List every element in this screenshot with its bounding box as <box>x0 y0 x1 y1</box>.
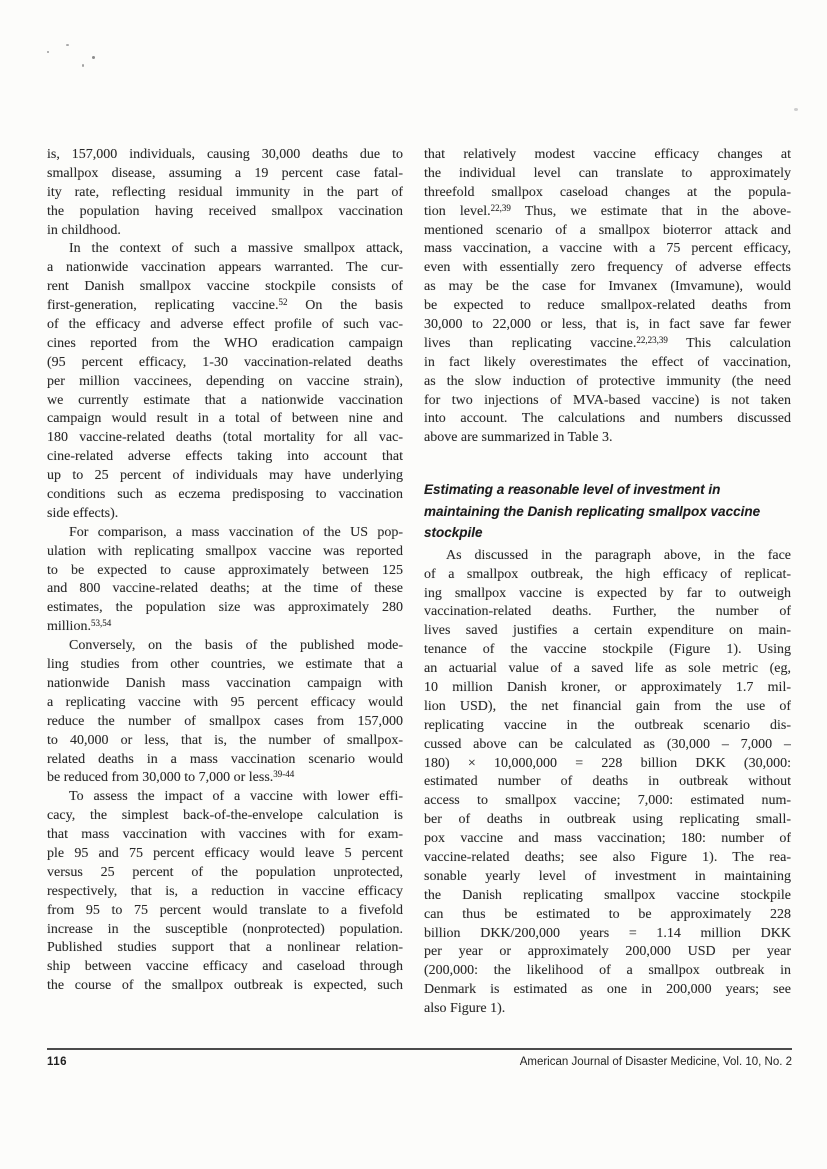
reference-superscript: 39-44 <box>273 769 294 779</box>
text-line: side effects). <box>47 505 403 524</box>
text-line: lives than replicating vaccine.22,23,39 … <box>424 335 791 354</box>
text-line: smallpox disease, assuming a 19 percent … <box>47 165 403 184</box>
text-line: an actuarial value of a saved life as so… <box>424 660 791 679</box>
text-line: from 95 to 75 percent would translate to… <box>47 902 403 921</box>
heading-line: stockpile <box>424 522 791 544</box>
text-line: threefold smallpox caseload changes at t… <box>424 184 791 203</box>
text-line: and 800 vaccine-related deaths; at the t… <box>47 580 403 599</box>
text-line: cines reported from the WHO eradication … <box>47 335 403 354</box>
text-line: estimates, the population size was appro… <box>47 599 403 618</box>
text-line: for two injections of MVA-based vaccine)… <box>424 392 791 411</box>
text-line: into account. The calculations and numbe… <box>424 410 791 429</box>
text-line: Published studies support that a nonline… <box>47 939 403 958</box>
section-heading: Estimating a reasonable level of investm… <box>424 479 791 544</box>
text-line: mentioned scenario of a smallpox bioterr… <box>424 222 791 241</box>
reference-superscript: 53,54 <box>91 618 111 628</box>
text-line: lives saved justifies a certain expendit… <box>424 622 791 641</box>
text-line: conditions such as eczema predisposing t… <box>47 486 403 505</box>
text-line: cacy, the simplest back-of-the-envelope … <box>47 807 403 826</box>
scan-speck <box>66 44 69 46</box>
paragraph: is, 157,000 individuals, causing 30,000 … <box>47 146 403 240</box>
text-line: 180) × 10,000,000 = 228 billion DKK (30,… <box>424 755 791 774</box>
text-line: can thus be estimated to be approximatel… <box>424 906 791 925</box>
text-line: 30,000 to 22,000 or less, that is, in fa… <box>424 316 791 335</box>
page-number: 116 <box>47 1056 67 1068</box>
text-line: replicating vaccine in the outbreak scen… <box>424 717 791 736</box>
paragraph: In the context of such a massive smallpo… <box>47 240 403 523</box>
text-line: 10 million Danish kroner, or approximate… <box>424 679 791 698</box>
scan-speck <box>794 108 798 111</box>
text-line: as may be the case for Imvanex (Imvamune… <box>424 278 791 297</box>
text-line: (200,000: the likelihood of a smallpox o… <box>424 962 791 981</box>
text-line: as the slow induction of protective immu… <box>424 373 791 392</box>
column-left: is, 157,000 individuals, causing 30,000 … <box>47 146 403 996</box>
text-line: to be expected to cause approximately be… <box>47 562 403 581</box>
text-line: billion DKK/200,000 years = 1.14 million… <box>424 925 791 944</box>
text-line: increase in the susceptible (nonprotecte… <box>47 921 403 940</box>
text-line: rent Danish smallpox vaccine stockpile c… <box>47 278 403 297</box>
text-line: 180 vaccine-related deaths (total mortal… <box>47 429 403 448</box>
page-footer: 116 American Journal of Disaster Medicin… <box>47 1048 792 1068</box>
text-line: million.53,54 <box>47 618 403 637</box>
text-line: As discussed in the paragraph above, in … <box>424 547 791 566</box>
text-line: that relatively modest vaccine efficacy … <box>424 146 791 165</box>
reference-superscript: 22,39 <box>491 203 511 213</box>
paragraph: For comparison, a mass vaccination of th… <box>47 524 403 637</box>
text-line: in fact likely overestimates the effect … <box>424 354 791 373</box>
text-line: the population having received smallpox … <box>47 203 403 222</box>
text-line: cussed above can be calculated as (30,00… <box>424 736 791 755</box>
text-line: the Danish replicating smallpox vaccine … <box>424 887 791 906</box>
text-line: ulation with replicating smallpox vaccin… <box>47 543 403 562</box>
text-line: vaccination-related deaths. Further, the… <box>424 603 791 622</box>
scan-speck <box>92 56 95 59</box>
text-line: estimated number of deaths in outbreak w… <box>424 773 791 792</box>
reference-superscript: 22,23,39 <box>636 335 668 345</box>
text-line: campaign would result in a total of betw… <box>47 410 403 429</box>
text-line: per million vaccinees, depending on vacc… <box>47 373 403 392</box>
text-line: ling studies from other countries, we es… <box>47 656 403 675</box>
text-line: ity rate, reflecting residual immunity i… <box>47 184 403 203</box>
text-line: (95 percent efficacy, 1-30 vaccination-r… <box>47 354 403 373</box>
text-line: even with essentially zero frequency of … <box>424 259 791 278</box>
heading-line: Estimating a reasonable level of investm… <box>424 479 791 501</box>
scan-speck <box>82 64 84 67</box>
text-line: of a smallpox outbreak, the high efficac… <box>424 566 791 585</box>
text-line: ber of deaths in outbreak using replicat… <box>424 811 791 830</box>
text-line: up to 25 percent of individuals may have… <box>47 467 403 486</box>
text-line: Conversely, on the basis of the publishe… <box>47 637 403 656</box>
text-line: is, 157,000 individuals, causing 30,000 … <box>47 146 403 165</box>
text-line: related deaths in a mass vaccination sce… <box>47 751 403 770</box>
scan-speck <box>47 51 49 53</box>
text-line: in childhood. <box>47 222 403 241</box>
paragraph: that relatively modest vaccine efficacy … <box>424 146 791 448</box>
text-line: respectively, that is, a reduction in va… <box>47 883 403 902</box>
text-line: vaccine-related deaths; see also Figure … <box>424 849 791 868</box>
text-line: we currently estimate that a nationwide … <box>47 392 403 411</box>
text-line: mass vaccination, a vaccine with a 75 pe… <box>424 240 791 259</box>
text-line: be expected to reduce smallpox-related d… <box>424 297 791 316</box>
text-line: tenance of the vaccine stockpile (Figure… <box>424 641 791 660</box>
text-line: nationwide Danish mass vaccination campa… <box>47 675 403 694</box>
text-line: above are summarized in Table 3. <box>424 429 791 448</box>
text-line: ing smallpox vaccine is expected by far … <box>424 585 791 604</box>
text-line: first-generation, replicating vaccine.52… <box>47 297 403 316</box>
paragraph: Conversely, on the basis of the publishe… <box>47 637 403 788</box>
text-line: a replicating vaccine with 95 percent ef… <box>47 694 403 713</box>
text-line: ple 95 and 75 percent efficacy would lea… <box>47 845 403 864</box>
heading-line: maintaining the Danish replicating small… <box>424 501 791 523</box>
column-right: that relatively modest vaccine efficacy … <box>424 146 791 1019</box>
text-line: sonable yearly level of investment in ma… <box>424 868 791 887</box>
text-line: a nationwide vaccination appears warrant… <box>47 259 403 278</box>
text-line: also Figure 1). <box>424 1000 791 1019</box>
text-line: To assess the impact of a vaccine with l… <box>47 788 403 807</box>
text-line: the individual level can translate to ap… <box>424 165 791 184</box>
text-line: that mass vaccination with vaccines with… <box>47 826 403 845</box>
text-line: For comparison, a mass vaccination of th… <box>47 524 403 543</box>
text-line: lion USD), the net financial gain from t… <box>424 698 791 717</box>
text-line: reduce the number of smallpox cases from… <box>47 713 403 732</box>
scanned-journal-page: is, 157,000 individuals, causing 30,000 … <box>0 0 827 1169</box>
paragraph: To assess the impact of a vaccine with l… <box>47 788 403 996</box>
text-line: Denmark is estimated as one in 200,000 y… <box>424 981 791 1000</box>
paragraph: As discussed in the paragraph above, in … <box>424 547 791 1019</box>
reference-superscript: 52 <box>278 297 287 307</box>
text-line: the course of the smallpox outbreak is e… <box>47 977 403 996</box>
journal-title: American Journal of Disaster Medicine, V… <box>520 1056 792 1068</box>
text-line: to 40,000 or less, that is, the number o… <box>47 732 403 751</box>
text-line: cine-related adverse effects taking into… <box>47 448 403 467</box>
text-line: versus 25 percent of the population unpr… <box>47 864 403 883</box>
text-line: access to smallpox vaccine; 7,000: estim… <box>424 792 791 811</box>
text-line: per year or approximately 200,000 USD pe… <box>424 943 791 962</box>
text-line: In the context of such a massive smallpo… <box>47 240 403 259</box>
text-line: ship between vaccine efficacy and caselo… <box>47 958 403 977</box>
text-line: pox vaccine and mass vaccination; 180: n… <box>424 830 791 849</box>
text-line: be reduced from 30,000 to 7,000 or less.… <box>47 769 403 788</box>
text-line: tion level.22,39 Thus, we estimate that … <box>424 203 791 222</box>
text-line: of the efficacy and adverse effect profi… <box>47 316 403 335</box>
